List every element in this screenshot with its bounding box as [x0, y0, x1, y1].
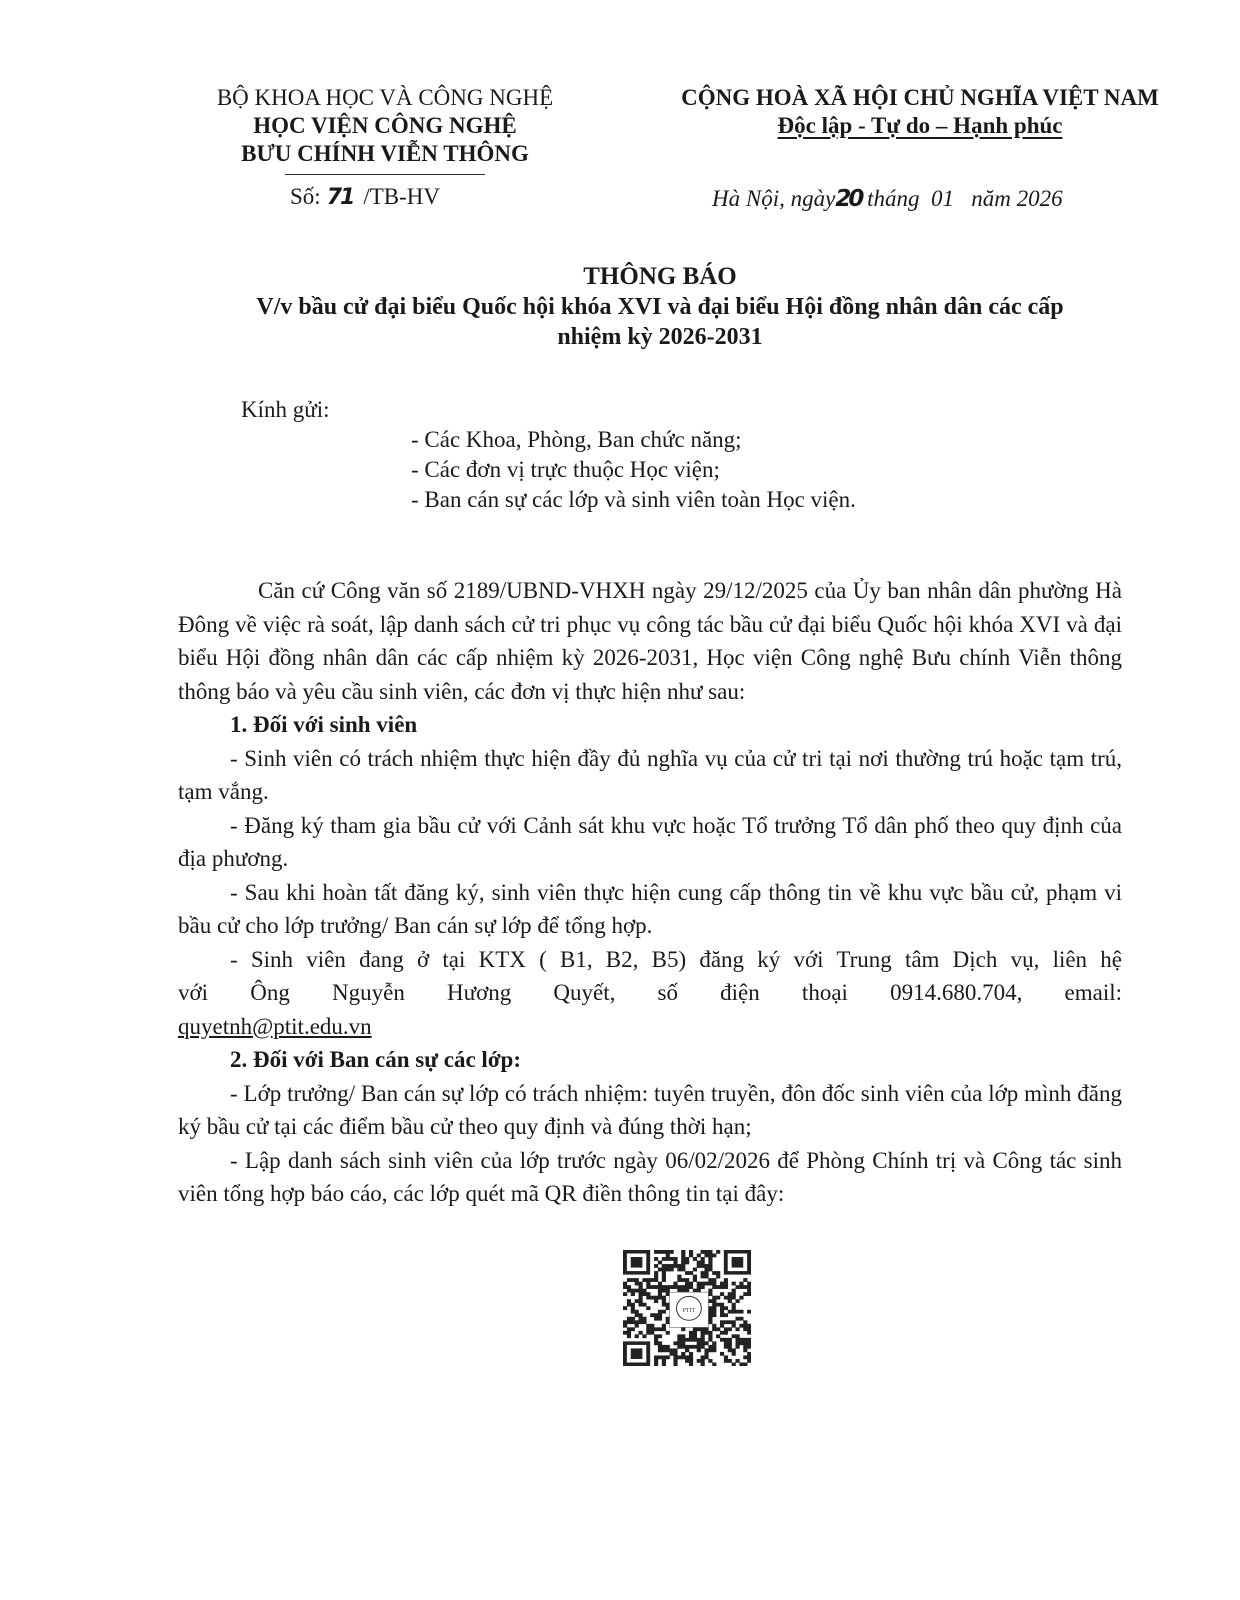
- national-header: CỘNG HOÀ XÃ HỘI CHỦ NGHĨA VIỆT NAM Độc l…: [640, 84, 1200, 140]
- document-number: Số:71/TB-HV: [290, 184, 440, 210]
- section2-heading: 2. Đối với Ban cán sự các lớp:: [178, 1043, 1122, 1077]
- title-main: THÔNG BÁO: [150, 262, 1170, 292]
- contact-email-link[interactable]: quyetnh@ptit.edu.vn: [178, 1014, 372, 1039]
- doc-number-label: Số:: [290, 184, 321, 209]
- institute-name-line2: BƯU CHÍNH VIỄN THÔNG: [190, 140, 580, 168]
- recipient-item: - Ban cán sự các lớp và sinh viên toàn H…: [411, 485, 856, 515]
- svg-text:PTIT: PTIT: [683, 1308, 696, 1314]
- qr-code-icon: PTIT: [623, 1250, 751, 1366]
- document-title: THÔNG BÁO V/v bầu cử đại biểu Quốc hội k…: [150, 262, 1170, 352]
- date-prefix: Hà Nội, ngày: [712, 186, 835, 211]
- recipient-item: - Các đơn vị trực thuộc Học viện;: [411, 455, 856, 485]
- section1-item: - Đăng ký tham gia bầu cử với Cảnh sát k…: [178, 809, 1122, 876]
- doc-number-suffix: /TB-HV: [363, 184, 440, 209]
- section1-ktx-line1: - Sinh viên đang ở tại KTX ( B1, B2, B5)…: [178, 943, 1122, 977]
- issuing-agency: BỘ KHOA HỌC VÀ CÔNG NGHỆ HỌC VIỆN CÔNG N…: [190, 84, 580, 168]
- intro-paragraph: Căn cứ Công văn số 2189/UBND-VHXH ngày 2…: [178, 574, 1122, 708]
- section2-item: - Lớp trưởng/ Ban cán sự lớp có trách nh…: [178, 1077, 1122, 1144]
- national-motto: Độc lập - Tự do – Hạnh phúc: [778, 113, 1063, 138]
- section1-item: - Sinh viên có trách nhiệm thực hiện đầy…: [178, 742, 1122, 809]
- date-day-handwritten: 20: [835, 186, 861, 212]
- institute-name-line1: HỌC VIỆN CÔNG NGHỆ: [190, 112, 580, 140]
- date-suffix: tháng 01 năm 2026: [861, 186, 1062, 211]
- section1-item: - Sau khi hoàn tất đăng ký, sinh viên th…: [178, 876, 1122, 943]
- doc-number-handwritten: 71: [327, 185, 354, 210]
- recipient-list: - Các Khoa, Phòng, Ban chức năng; - Các …: [241, 425, 856, 515]
- recipient-item: - Các Khoa, Phòng, Ban chức năng;: [411, 425, 856, 455]
- country-name: CỘNG HOÀ XÃ HỘI CHỦ NGHĨA VIỆT NAM: [640, 84, 1200, 112]
- section1-heading: 1. Đối với sinh viên: [178, 708, 1122, 742]
- registration-qr-code[interactable]: PTIT: [623, 1250, 751, 1366]
- section2-item: - Lập danh sách sinh viên của lớp trước …: [178, 1144, 1122, 1211]
- subject-line1: V/v bầu cử đại biểu Quốc hội khóa XVI và…: [150, 292, 1170, 322]
- header-divider: [285, 174, 485, 175]
- recipients-label: Kính gửi:: [241, 395, 856, 425]
- ministry-name: BỘ KHOA HỌC VÀ CÔNG NGHỆ: [190, 84, 580, 112]
- document-body: Căn cứ Công văn số 2189/UBND-VHXH ngày 2…: [178, 574, 1122, 1211]
- section1-ktx-line2: với Ông Nguyễn Hương Quyết, số điện thoạ…: [178, 976, 1122, 1010]
- issue-date: Hà Nội, ngày20 tháng 01 năm 2026: [712, 186, 1063, 212]
- subject-line2: nhiệm kỳ 2026-2031: [150, 322, 1170, 352]
- recipients: Kính gửi: - Các Khoa, Phòng, Ban chức nă…: [241, 395, 856, 515]
